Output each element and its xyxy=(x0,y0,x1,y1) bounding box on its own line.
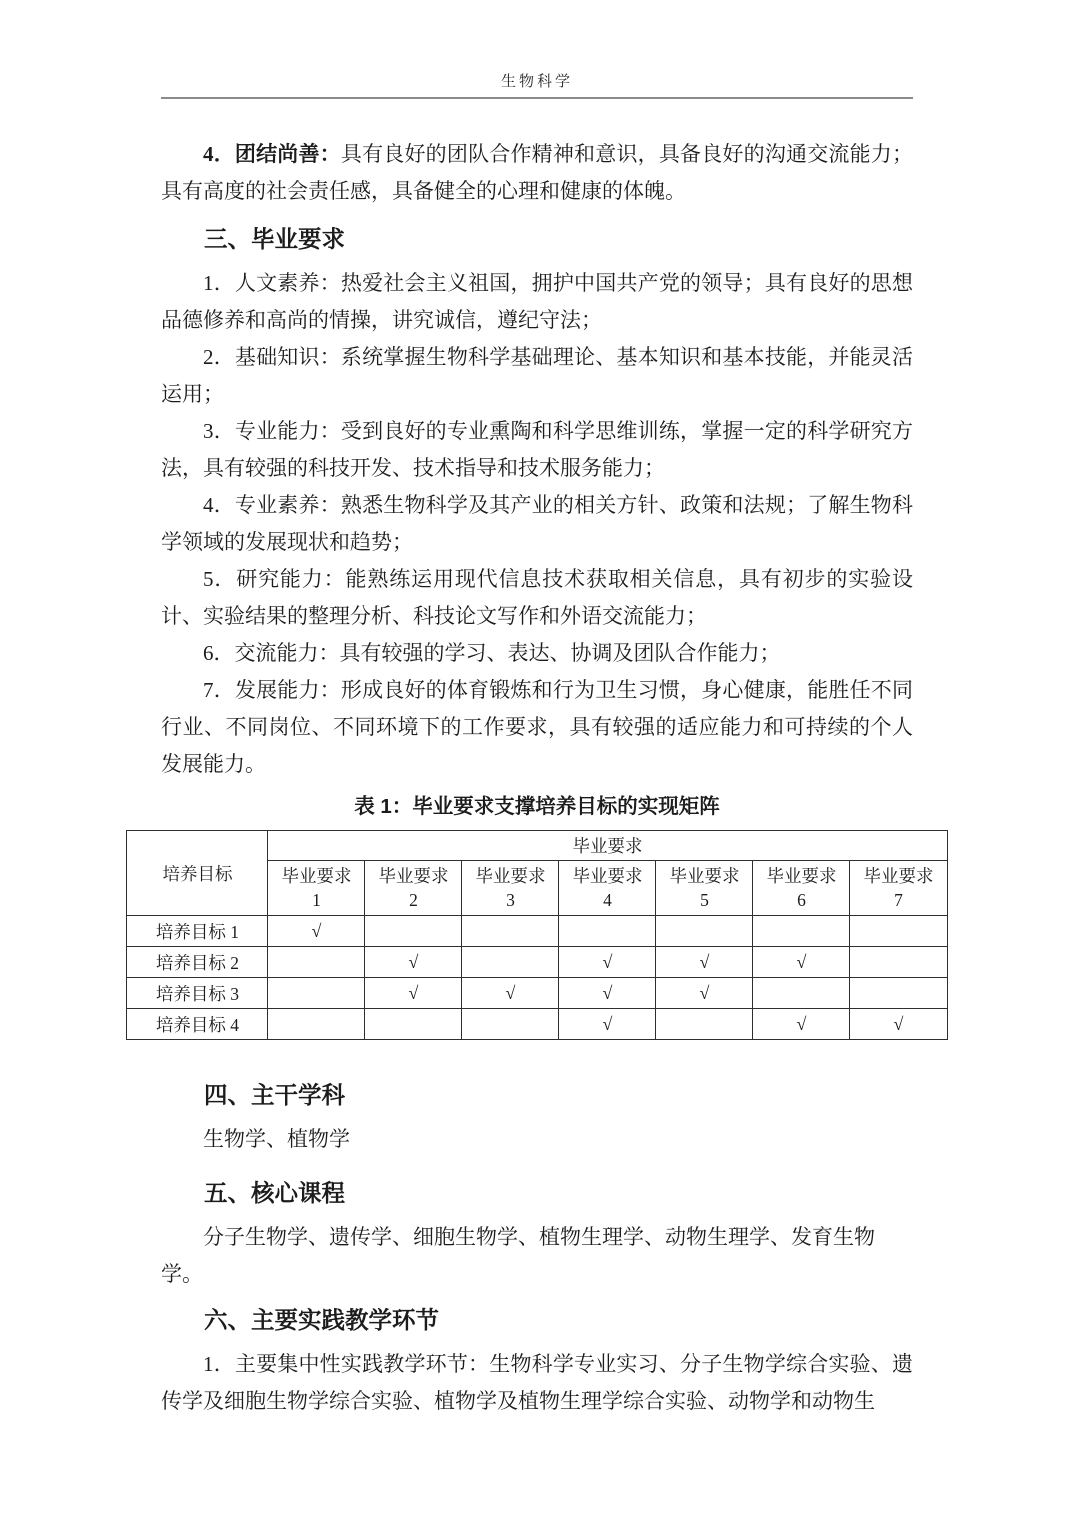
main-disciplines-text: 生物学、植物学 xyxy=(161,1121,913,1158)
page-content-lower: 四、主干学科 生物学、植物学 五、核心课程 分子生物学、遗传学、细胞生物学、植物… xyxy=(161,1080,913,1420)
row-label-goal2: 培养目标 2 xyxy=(127,947,268,978)
matrix-cell: √ xyxy=(656,978,753,1009)
core-courses-text: 分子生物学、遗传学、细胞生物学、植物生理学、动物生理学、发育生物学。 xyxy=(161,1219,913,1293)
matrix-cell: √ xyxy=(462,978,559,1009)
table-caption: 表 1：毕业要求支撑培养目标的实现矩阵 xyxy=(161,793,913,821)
requirement-item-2: 2．基础知识：系统掌握生物科学基础理论、基本知识和基本技能，并能灵活运用； xyxy=(161,339,913,413)
paragraph-unity-goodness: 4．团结尚善：具有良好的团队合作精神和意识，具备良好的沟通交流能力；具有高度的社… xyxy=(161,136,913,210)
section-heading-practice-teaching: 六、主要实践教学环节 xyxy=(161,1305,913,1335)
requirement-item-4: 4．专业素养：熟悉生物科学及其产业的相关方针、政策和法规；了解生物科学领域的发展… xyxy=(161,487,913,561)
page-header-title: 生物科学 xyxy=(161,70,913,91)
matrix-cell: √ xyxy=(753,947,850,978)
matrix-cell: √ xyxy=(850,1009,947,1040)
matrix-cell xyxy=(462,947,559,978)
matrix-cell xyxy=(850,947,947,978)
page-content: 4．团结尚善：具有良好的团队合作精神和意识，具备良好的沟通交流能力；具有高度的社… xyxy=(161,136,913,821)
practice-teaching-paragraph: 1．主要集中性实践教学环节：生物科学专业实习、分子生物学综合实验、遗传学及细胞生… xyxy=(161,1346,913,1420)
matrix-cell xyxy=(656,1009,753,1040)
matrix-cell: √ xyxy=(559,947,656,978)
column-header-req5: 毕业要求5 xyxy=(656,861,753,916)
matrix-cell xyxy=(365,916,462,947)
document-page: 生物科学 4．团结尚善：具有良好的团队合作精神和意识，具备良好的沟通交流能力；具… xyxy=(0,0,1074,1520)
section-heading-main-disciplines: 四、主干学科 xyxy=(161,1080,913,1110)
matrix-cell xyxy=(850,978,947,1009)
section-heading-core-courses: 五、核心课程 xyxy=(161,1178,913,1208)
column-header-req7: 毕业要求7 xyxy=(850,861,947,916)
matrix-table: 培养目标 毕业要求 毕业要求1 毕业要求2 毕业要求3 毕业要求4 毕业要求5 … xyxy=(126,830,947,1040)
column-header-req1: 毕业要求1 xyxy=(268,861,365,916)
row-label-goal4: 培养目标 4 xyxy=(127,1009,268,1040)
table-row-goal4: 培养目标 4 √ √ √ xyxy=(127,1009,947,1040)
table-corner-header: 培养目标 xyxy=(127,831,268,916)
matrix-cell: √ xyxy=(753,1009,850,1040)
matrix-cell: √ xyxy=(559,1009,656,1040)
table-header-row-group: 培养目标 毕业要求 xyxy=(127,831,947,861)
requirement-item-7: 7．发展能力：形成良好的体育锻炼和行为卫生习惯，身心健康，能胜任不同行业、不同岗… xyxy=(161,672,913,783)
matrix-cell xyxy=(753,978,850,1009)
matrix-cell xyxy=(365,1009,462,1040)
table-row-goal2: 培养目标 2 √ √ √ √ xyxy=(127,947,947,978)
column-header-req3: 毕业要求3 xyxy=(462,861,559,916)
column-header-req4: 毕业要求4 xyxy=(559,861,656,916)
matrix-cell: √ xyxy=(365,947,462,978)
requirement-item-6: 6．交流能力：具有较强的学习、表达、协调及团队合作能力； xyxy=(161,635,913,672)
matrix-cell: √ xyxy=(559,978,656,1009)
table-row-goal3: 培养目标 3 √ √ √ √ xyxy=(127,978,947,1009)
matrix-cell xyxy=(462,1009,559,1040)
matrix-cell: √ xyxy=(365,978,462,1009)
requirement-item-5: 5．研究能力：能熟练运用现代信息技术获取相关信息，具有初步的实验设计、实验结果的… xyxy=(161,561,913,635)
matrix-cell: √ xyxy=(268,916,365,947)
matrix-cell xyxy=(850,916,947,947)
column-header-req2: 毕业要求2 xyxy=(365,861,462,916)
matrix-cell xyxy=(656,916,753,947)
table-row-goal1: 培养目标 1 √ xyxy=(127,916,947,947)
row-label-goal1: 培养目标 1 xyxy=(127,916,268,947)
matrix-cell xyxy=(462,916,559,947)
matrix-cell: √ xyxy=(656,947,753,978)
page-header: 生物科学 xyxy=(161,0,913,99)
column-header-req6: 毕业要求6 xyxy=(753,861,850,916)
matrix-cell xyxy=(753,916,850,947)
matrix-cell xyxy=(268,1009,365,1040)
section-heading-graduation-requirements: 三、毕业要求 xyxy=(161,224,913,254)
requirement-item-3: 3．专业能力：受到良好的专业熏陶和科学思维训练，掌握一定的科学研究方法，具有较强… xyxy=(161,413,913,487)
table-group-header: 毕业要求 xyxy=(268,831,947,861)
matrix-cell xyxy=(268,978,365,1009)
requirement-item-1: 1．人文素养：热爱社会主义祖国，拥护中国共产党的领导；具有良好的思想品德修养和高… xyxy=(161,265,913,339)
paragraph-unity-goodness-label: 4．团结尚善： xyxy=(203,142,341,166)
matrix-cell xyxy=(268,947,365,978)
matrix-cell xyxy=(559,916,656,947)
row-label-goal3: 培养目标 3 xyxy=(127,978,268,1009)
